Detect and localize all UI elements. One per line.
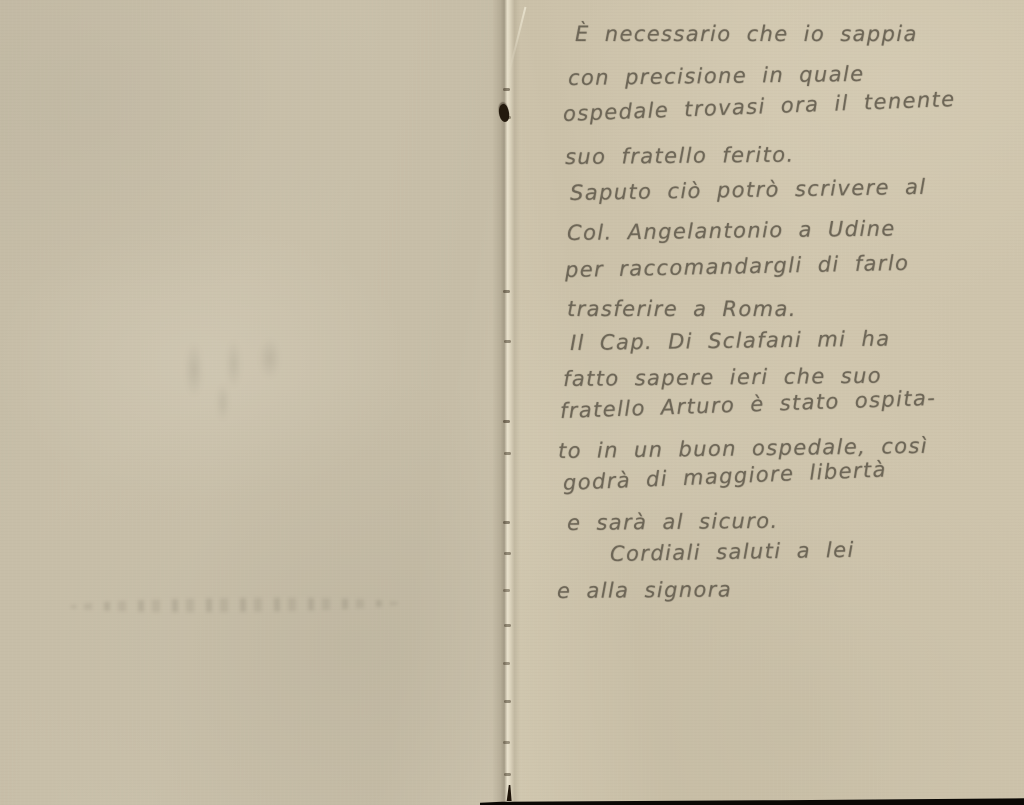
scanned-letter-spread: È necessario che io sappia con precision… <box>0 0 1024 805</box>
handwritten-line: fratello Arturo è stato ospita- <box>560 388 937 422</box>
faint-ink-ghost-mark <box>140 320 320 430</box>
handwritten-line: ospedale trovasi ora il tenente <box>563 89 956 125</box>
handwritten-line: fatto sapere ieri che suo <box>563 366 882 390</box>
faint-ink-scribble-offset <box>70 596 400 613</box>
handwritten-line: Saputo ciò potrò scrivere al <box>570 177 927 204</box>
handwritten-line: trasferire a Roma. <box>567 299 797 320</box>
handwritten-line: per raccomandargli di farlo <box>565 253 910 281</box>
handwritten-line: e sarà al sicuro. <box>567 511 779 534</box>
handwritten-line: Col. Angelantonio a Udine <box>567 218 896 244</box>
fold-stitch-marks <box>503 88 510 91</box>
handwritten-line: Cordiali saluti a lei <box>610 540 855 565</box>
handwritten-line: Il Cap. Di Sclafani mi ha <box>570 329 891 354</box>
handwritten-line: suo fratello ferito. <box>565 145 795 168</box>
handwritten-line: e alla signora <box>557 579 732 602</box>
handwritten-line: È necessario che io sappia <box>575 24 918 45</box>
left-page-blank <box>0 0 505 805</box>
right-page-handwritten: È necessario che io sappia con precision… <box>505 0 1024 805</box>
handwritten-line: godrà di maggiore libertà <box>563 459 888 494</box>
handwritten-line: con precisione in quale <box>568 64 865 89</box>
